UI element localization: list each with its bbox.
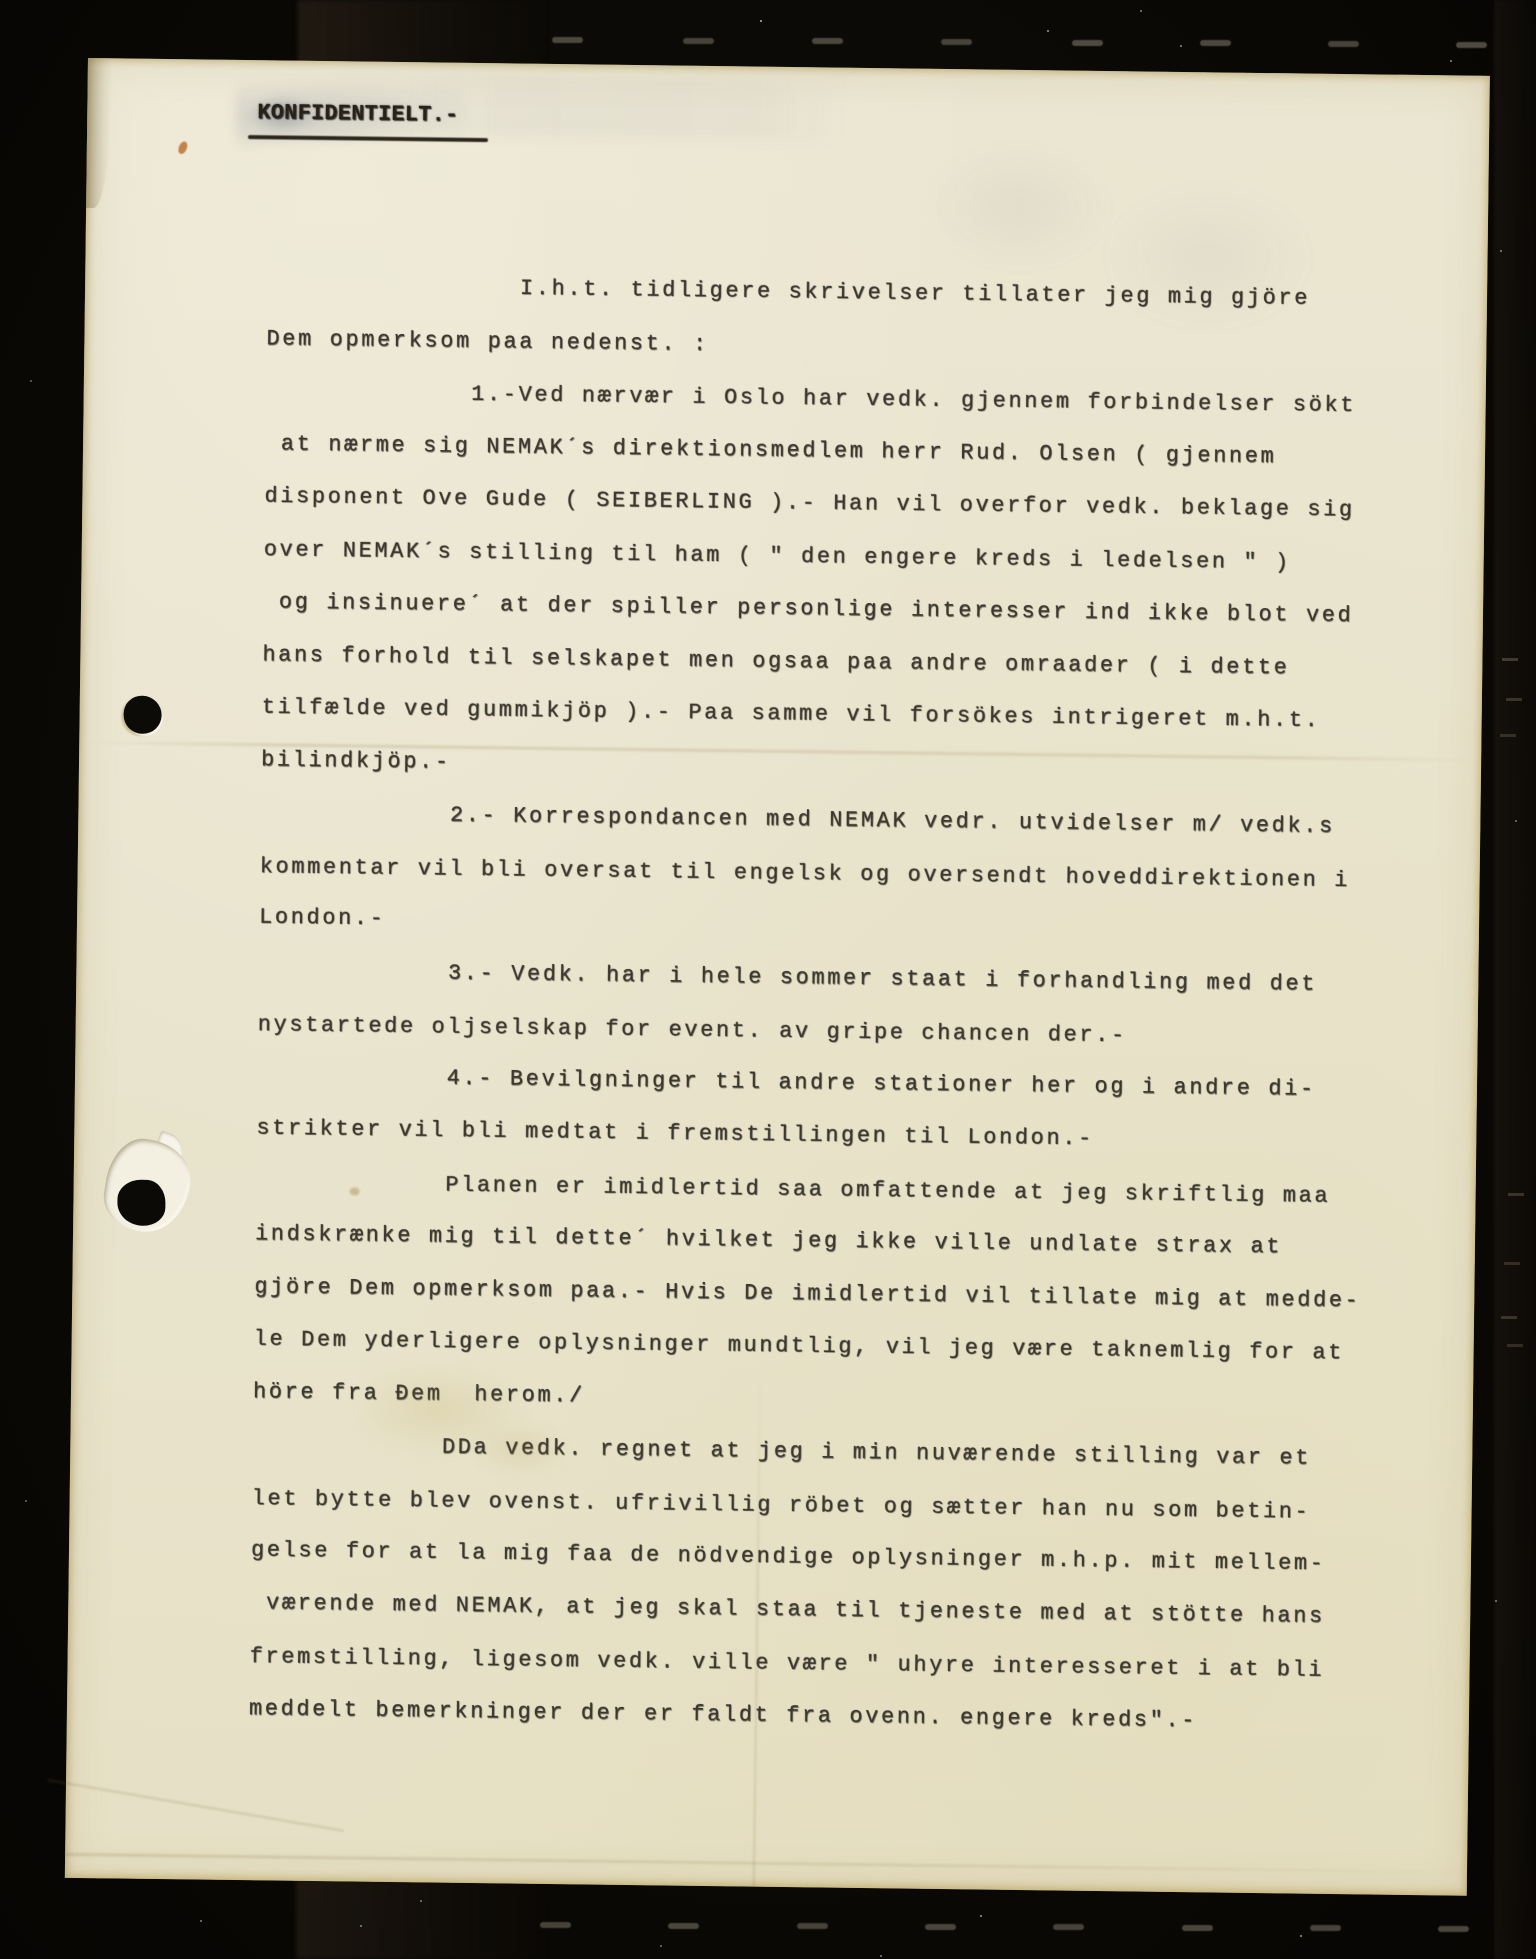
paper-crease (48, 1779, 344, 1832)
foxing-spot (350, 1187, 360, 1195)
punch-hole (117, 1179, 166, 1226)
bleed-through-ghost (407, 74, 848, 142)
page-edge-curl (86, 58, 112, 208)
paper-sheet: KONFIDENTIELT.- I.h.t. tidligere skrivel… (65, 58, 1490, 1896)
rust-fleck (177, 140, 189, 155)
film-edge-marks (552, 37, 583, 43)
background-band (1494, 0, 1536, 1959)
film-edge-marks (540, 1922, 571, 1928)
microfilm-scan: KONFIDENTIELT.- I.h.t. tidligere skrivel… (0, 0, 1536, 1959)
dust-specks (760, 20, 762, 22)
torn-punch-hole (91, 1133, 208, 1259)
document-classification-heading: KONFIDENTIELT.- (257, 100, 458, 128)
typed-text-block: I.h.t. tidligere skrivelser tillater jeg… (249, 260, 1374, 1749)
paper-crease (65, 1853, 1467, 1874)
punch-hole (123, 696, 161, 734)
film-edge-scratches (1502, 658, 1518, 661)
bleed-through-ghost (923, 141, 1115, 273)
background-band (296, 1872, 546, 1959)
paper-stain (470, 1421, 571, 1477)
